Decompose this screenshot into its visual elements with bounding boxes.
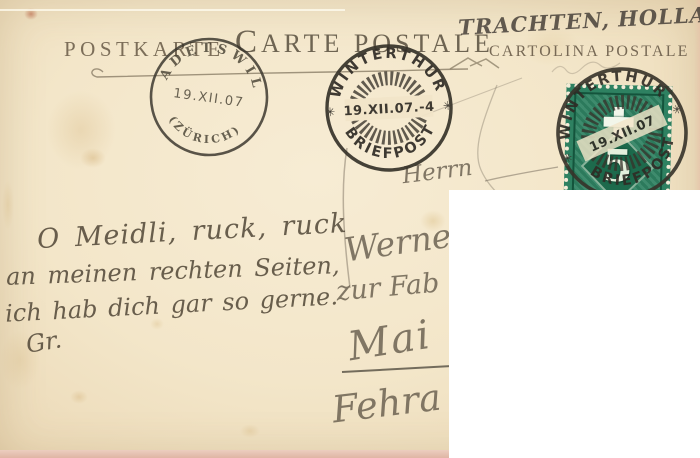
blank-overlay bbox=[449, 190, 700, 458]
scan-bottom-edge bbox=[0, 450, 449, 458]
postmark-winterthur-center: WINTERTHUR BRIEFPOST 19.XII.07.-4 ✳ ✳ bbox=[305, 24, 473, 192]
address-line-4: Mai bbox=[345, 312, 435, 371]
postmark-date: 19.XII.07 bbox=[172, 86, 245, 111]
pencil-stroke-curve bbox=[478, 85, 505, 202]
stain bbox=[80, 148, 106, 168]
star-icon: ✳ bbox=[443, 99, 454, 114]
stain bbox=[70, 390, 88, 404]
card-top-edge bbox=[0, 9, 345, 11]
stain bbox=[240, 424, 260, 438]
address-line-3: zur Fab bbox=[335, 268, 441, 308]
address-line-5: Fehra bbox=[330, 376, 444, 432]
star-icon: ✳ bbox=[325, 105, 336, 120]
message-line-1: O Meidli, ruck, ruck bbox=[36, 208, 348, 255]
stain bbox=[46, 90, 116, 170]
postmark-adetswil: ADETSWIL (ZÜRICH) 19.XII.07 bbox=[124, 12, 293, 181]
postcard-scan: POSTKARTE CARTE POSTALE CARTOLINA POSTAL… bbox=[0, 0, 700, 458]
stain bbox=[2, 180, 14, 230]
svg-text:ADETSWIL: ADETSWIL bbox=[156, 33, 271, 96]
message-signature: Gr. bbox=[24, 325, 64, 358]
star-icon: ✳ bbox=[560, 150, 575, 167]
